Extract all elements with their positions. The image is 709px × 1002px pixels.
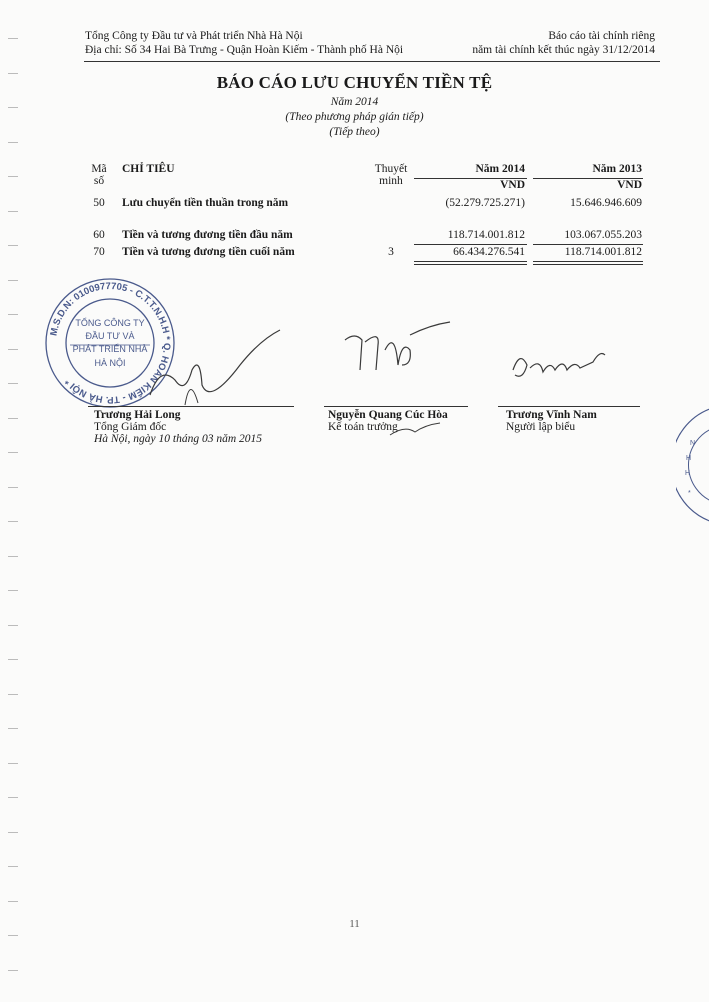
binder-mark [8,625,18,626]
row-value-2014: 118.714.001.812 [420,229,525,241]
signatory-preparer: Trương Vĩnh Nam Người lập biểu [506,409,597,433]
binder-mark [8,280,18,281]
row-value-2013: 103.067.055.203 [540,229,642,241]
sign-date: Hà Nội, ngày 10 tháng 03 năm 2015 [94,433,262,445]
company-name: Tổng Công ty Đầu tư và Phát triển Nhà Hà… [85,29,403,43]
svg-text:HÀ NỘI: HÀ NỘI [94,358,125,368]
row-value-2013: 118.714.001.812 [540,246,642,258]
binder-mark [8,590,18,591]
binder-mark [8,452,18,453]
svg-text:ĐẦU TƯ VÀ: ĐẦU TƯ VÀ [85,331,134,341]
partial-stamp-edge: N H H * [676,405,709,525]
svg-text:H: H [685,470,690,477]
signatory-name: Trương Vĩnh Nam [506,409,597,421]
row-item: Tiền và tương đương tiền đầu năm [122,229,293,241]
row-item: Tiền và tương đương tiền cuối năm [122,246,295,258]
binder-mark [8,142,18,143]
signature-chief-accountant [340,320,470,380]
signatory-role: Kế toán trưởng [328,421,448,433]
binder-mark [8,245,18,246]
binder-mark [8,176,18,177]
row-value-2013: 15.646.946.609 [540,197,642,209]
header-year-2013: Năm 2013 [540,163,642,175]
binder-mark [8,521,18,522]
binder-mark [8,487,18,488]
subtotal-rule-2014 [414,244,527,245]
signature-line-preparer [498,406,640,407]
signatory-role: Tổng Giám đốc [94,421,262,433]
binder-mark [8,935,18,936]
binder-mark [8,211,18,212]
signature-line-chief-accountant [324,406,468,407]
report-continued: (Tiếp theo) [0,126,709,138]
row-code: 60 [88,229,110,241]
svg-text:*: * [688,490,691,497]
row-item: Lưu chuyển tiền thuần trong năm [122,197,288,209]
row-note: 3 [368,246,414,258]
total-double-rule-2013 [533,261,643,265]
binder-mark [8,763,18,764]
report-type: Báo cáo tài chính riêng [472,29,655,43]
binder-mark [8,314,18,315]
header-year-2014: Năm 2014 [420,163,525,175]
binder-mark [8,659,18,660]
signature-line-ceo [88,406,294,407]
report-title: BÁO CÁO LƯU CHUYỂN TIỀN TỆ [0,73,709,93]
binder-mark [8,866,18,867]
report-period: năm tài chính kết thúc ngày 31/12/2014 [472,43,655,57]
binder-mark [8,901,18,902]
binder-mark [8,728,18,729]
binder-mark [8,556,18,557]
header-code: Mã số [88,163,110,187]
header-divider [84,61,660,62]
binder-mark [8,418,18,419]
company-header: Tổng Công ty Đầu tư và Phát triển Nhà Hà… [85,29,403,57]
svg-text:H: H [686,455,691,462]
binder-mark [8,797,18,798]
company-address: Địa chỉ: Số 34 Hai Bà Trưng - Quận Hoàn … [85,43,403,57]
signatory-ceo: Trương Hải Long Tổng Giám đốc Hà Nội, ng… [94,409,262,445]
row-value-2014: 66.434.276.541 [420,246,525,258]
row-code: 70 [88,246,110,258]
total-double-rule-2014 [414,261,527,265]
signatory-name: Nguyễn Quang Cúc Hòa [328,409,448,421]
row-value-2014: (52.279.725.271) [420,197,525,209]
signatory-role: Người lập biểu [506,421,597,433]
binder-mark [8,832,18,833]
page-number: 11 [0,918,709,930]
subtotal-rule-2013 [533,244,643,245]
report-header: Báo cáo tài chính riêng năm tài chính kế… [472,29,655,57]
signature-preparer [505,340,625,390]
currency-2014: VND [420,179,525,191]
binder-mark [8,970,18,971]
header-item: CHỈ TIÊU [122,163,175,175]
binder-mark [8,38,18,39]
binder-mark [8,349,18,350]
currency-2013: VND [540,179,642,191]
binder-mark [8,694,18,695]
report-method: (Theo phương pháp gián tiếp) [0,111,709,123]
row-code: 50 [88,197,110,209]
signatory-chief-accountant: Nguyễn Quang Cúc Hòa Kế toán trưởng [328,409,448,433]
report-year: Năm 2014 [0,96,709,108]
header-note: Thuyết minh [368,163,414,187]
svg-text:N: N [690,440,695,447]
binder-mark [8,383,18,384]
signatory-name: Trương Hải Long [94,409,262,421]
